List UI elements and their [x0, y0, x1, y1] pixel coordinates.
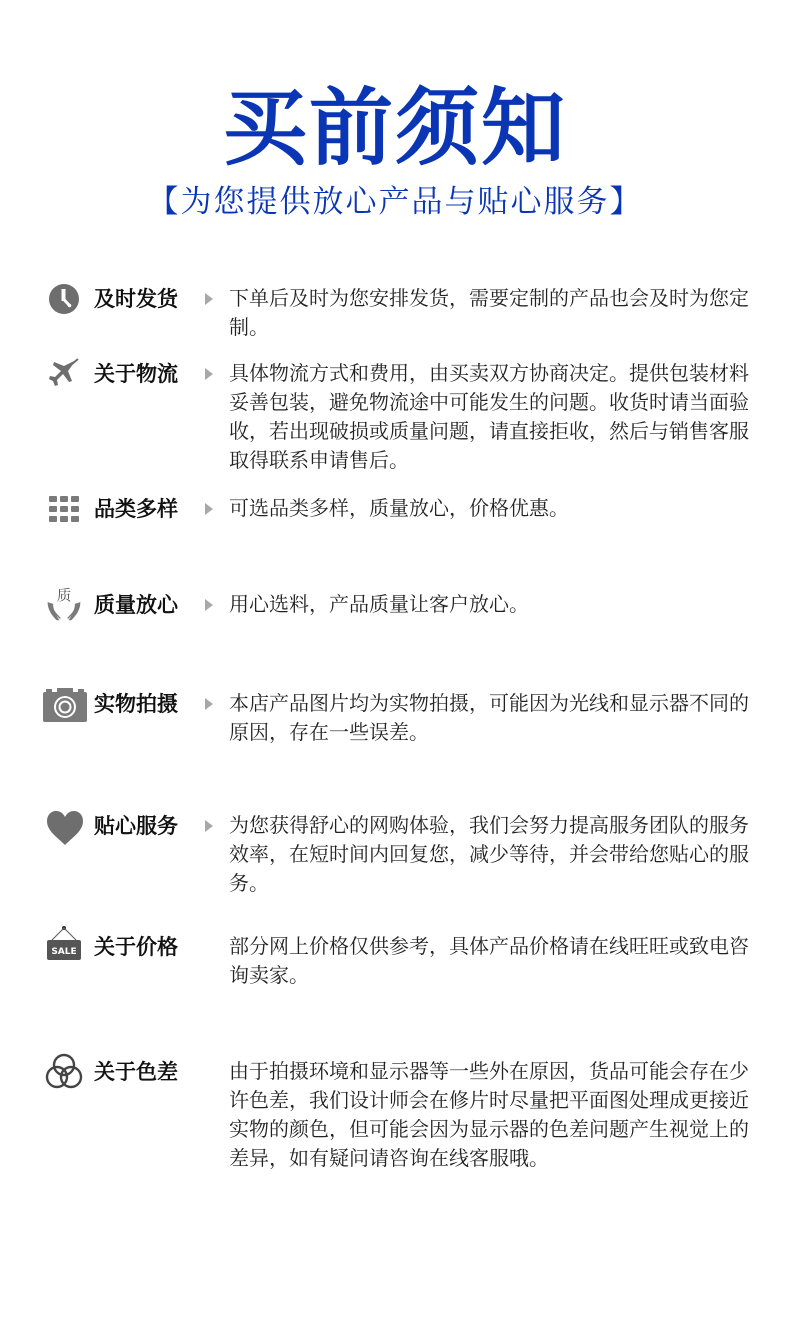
- item-label: 品类多样: [94, 491, 178, 527]
- svg-text:SALE: SALE: [51, 947, 76, 957]
- item-description: 用心选料，产品质量让客户放心。: [229, 587, 759, 619]
- item-description: 可选品类多样，质量放心，价格优惠。: [229, 491, 759, 523]
- camera-icon: [42, 686, 88, 724]
- item-description: 为您获得舒心的网购体验，我们会努力提高服务团队的服务效率，在短时间内回复您，减少…: [229, 808, 759, 898]
- quality-hands-icon: 质: [44, 579, 84, 627]
- item-description: 本店产品图片均为实物拍摄，可能因为光线和显示器不同的原因，存在一些误差。: [229, 686, 759, 747]
- page-title: 买前须知: [0, 78, 790, 178]
- arrow-right-icon: [205, 368, 213, 380]
- item-label: 实物拍摄: [94, 686, 178, 722]
- grid-icon: [44, 491, 84, 527]
- item-description: 部分网上价格仅供参考，具体产品价格请在线旺旺或致电咨询卖家。: [229, 929, 759, 990]
- arrow-right-icon: [205, 293, 213, 305]
- airplane-icon: [44, 356, 84, 392]
- item-label: 关于物流: [94, 356, 178, 392]
- item-description: 具体物流方式和费用，由买卖双方协商决定。提供包装材料妥善包装，避免物流途中可能发…: [229, 356, 759, 475]
- item-label: 关于价格: [94, 929, 178, 965]
- arrow-right-icon: [205, 820, 213, 832]
- item-label: 关于色差: [94, 1054, 178, 1090]
- item-label: 质量放心: [94, 587, 178, 623]
- page-subtitle: 【为您提供放心产品与贴心服务】: [0, 180, 790, 224]
- item-description: 由于拍摄环境和显示器等一些外在原因，货品可能会存在少许色差，我们设计师会在修片时…: [229, 1054, 759, 1173]
- item-description: 下单后及时为您安排发货，需要定制的产品也会及时为您定制。: [229, 281, 759, 342]
- svg-text:质: 质: [57, 587, 72, 604]
- arrow-right-icon: [205, 503, 213, 515]
- arrow-right-icon: [205, 698, 213, 710]
- sale-sign-icon: SALE: [44, 923, 84, 967]
- item-label: 及时发货: [94, 281, 178, 317]
- color-circles-icon: [44, 1050, 84, 1094]
- item-label: 贴心服务: [94, 808, 178, 844]
- heart-icon: [44, 808, 86, 848]
- clock-icon: [44, 281, 84, 317]
- arrow-right-icon: [205, 599, 213, 611]
